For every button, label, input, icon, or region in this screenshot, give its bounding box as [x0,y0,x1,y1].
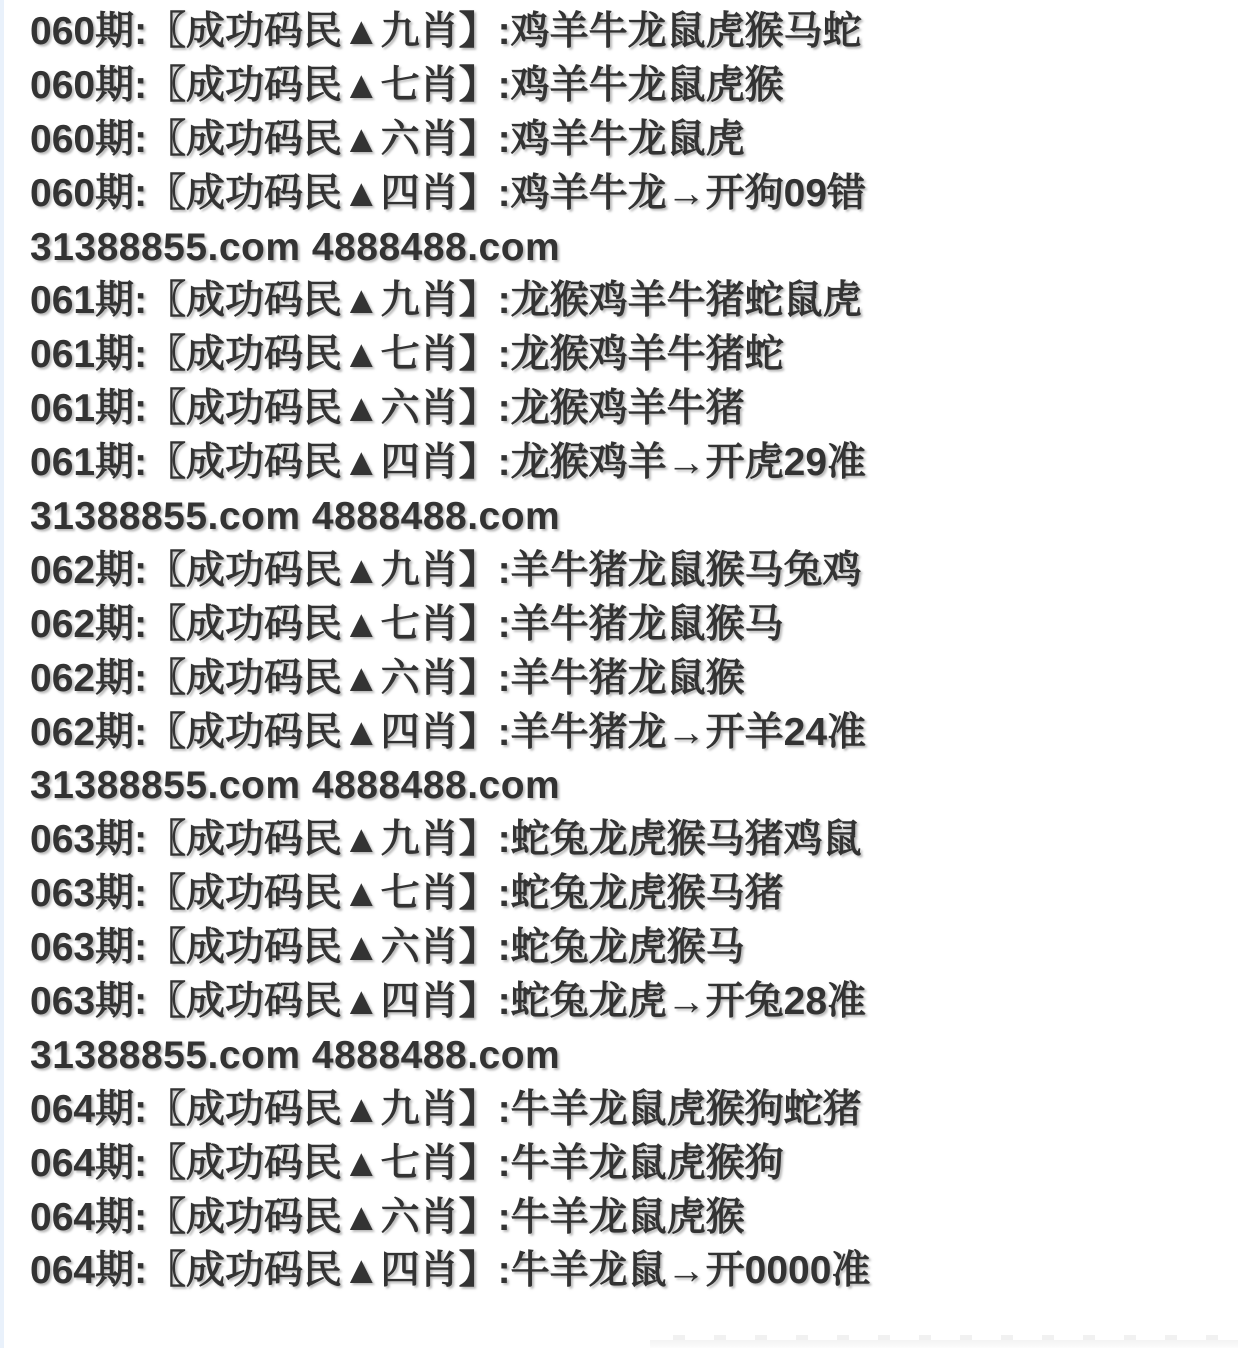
prediction-row-seven-xiao: 060期:〖成功码民▲七肖】:鸡羊牛龙鼠虎猴 [30,59,1238,113]
prediction-row-four-xiao: 062期:〖成功码民▲四肖】:羊牛猪龙→开羊24准 [30,706,1238,760]
issue-block-060: 060期:〖成功码民▲九肖】:鸡羊牛龙鼠虎猴马蛇 060期:〖成功码民▲七肖】:… [30,5,1238,274]
prediction-row-nine-xiao: 063期:〖成功码民▲九肖】:蛇兔龙虎猴马猪鸡鼠 [30,813,1238,867]
issue-block-064: 064期:〖成功码民▲九肖】:牛羊龙鼠虎猴狗蛇猪 064期:〖成功码民▲七肖】:… [30,1083,1238,1299]
prediction-row-seven-xiao: 063期:〖成功码民▲七肖】:蛇兔龙虎猴马猪 [30,867,1238,921]
prediction-row-six-xiao: 060期:〖成功码民▲六肖】:鸡羊牛龙鼠虎 [30,113,1238,167]
sites-row: 31388855.com 4888488.com [30,490,1238,544]
sites-row: 31388855.com 4888488.com [30,221,1238,275]
prediction-row-seven-xiao: 062期:〖成功码民▲七肖】:羊牛猪龙鼠猴马 [30,598,1238,652]
prediction-row-six-xiao: 061期:〖成功码民▲六肖】:龙猴鸡羊牛猪 [30,382,1238,436]
prediction-row-nine-xiao: 064期:〖成功码民▲九肖】:牛羊龙鼠虎猴狗蛇猪 [30,1083,1238,1137]
cutoff-strip-base [650,1340,1238,1348]
prediction-row-six-xiao: 062期:〖成功码民▲六肖】:羊牛猪龙鼠猴 [30,652,1238,706]
prediction-list: 060期:〖成功码民▲九肖】:鸡羊牛龙鼠虎猴马蛇 060期:〖成功码民▲七肖】:… [30,5,1238,1298]
sites-row: 31388855.com 4888488.com [30,1029,1238,1083]
prediction-row-nine-xiao: 060期:〖成功码民▲九肖】:鸡羊牛龙鼠虎猴马蛇 [30,5,1238,59]
left-edge-strip [0,0,4,1348]
sites-row: 31388855.com 4888488.com [30,759,1238,813]
prediction-row-six-xiao: 063期:〖成功码民▲六肖】:蛇兔龙虎猴马 [30,921,1238,975]
prediction-row-four-xiao: 063期:〖成功码民▲四肖】:蛇兔龙虎→开兔28准 [30,975,1238,1029]
prediction-row-seven-xiao: 064期:〖成功码民▲七肖】:牛羊龙鼠虎猴狗 [30,1137,1238,1191]
prediction-row-four-xiao: 061期:〖成功码民▲四肖】:龙猴鸡羊→开虎29准 [30,436,1238,490]
issue-block-061: 061期:〖成功码民▲九肖】:龙猴鸡羊牛猪蛇鼠虎 061期:〖成功码民▲七肖】:… [30,274,1238,543]
prediction-row-four-xiao: 064期:〖成功码民▲四肖】:牛羊龙鼠→开0000准 [30,1244,1238,1298]
prediction-row-nine-xiao: 061期:〖成功码民▲九肖】:龙猴鸡羊牛猪蛇鼠虎 [30,274,1238,328]
cutoff-next-image-strip [650,1335,1238,1348]
prediction-row-nine-xiao: 062期:〖成功码民▲九肖】:羊牛猪龙鼠猴马兔鸡 [30,544,1238,598]
issue-block-063: 063期:〖成功码民▲九肖】:蛇兔龙虎猴马猪鸡鼠 063期:〖成功码民▲七肖】:… [30,813,1238,1082]
prediction-row-seven-xiao: 061期:〖成功码民▲七肖】:龙猴鸡羊牛猪蛇 [30,328,1238,382]
prediction-row-six-xiao: 064期:〖成功码民▲六肖】:牛羊龙鼠虎猴 [30,1191,1238,1245]
prediction-row-four-xiao: 060期:〖成功码民▲四肖】:鸡羊牛龙→开狗09错 [30,167,1238,221]
issue-block-062: 062期:〖成功码民▲九肖】:羊牛猪龙鼠猴马兔鸡 062期:〖成功码民▲七肖】:… [30,544,1238,813]
